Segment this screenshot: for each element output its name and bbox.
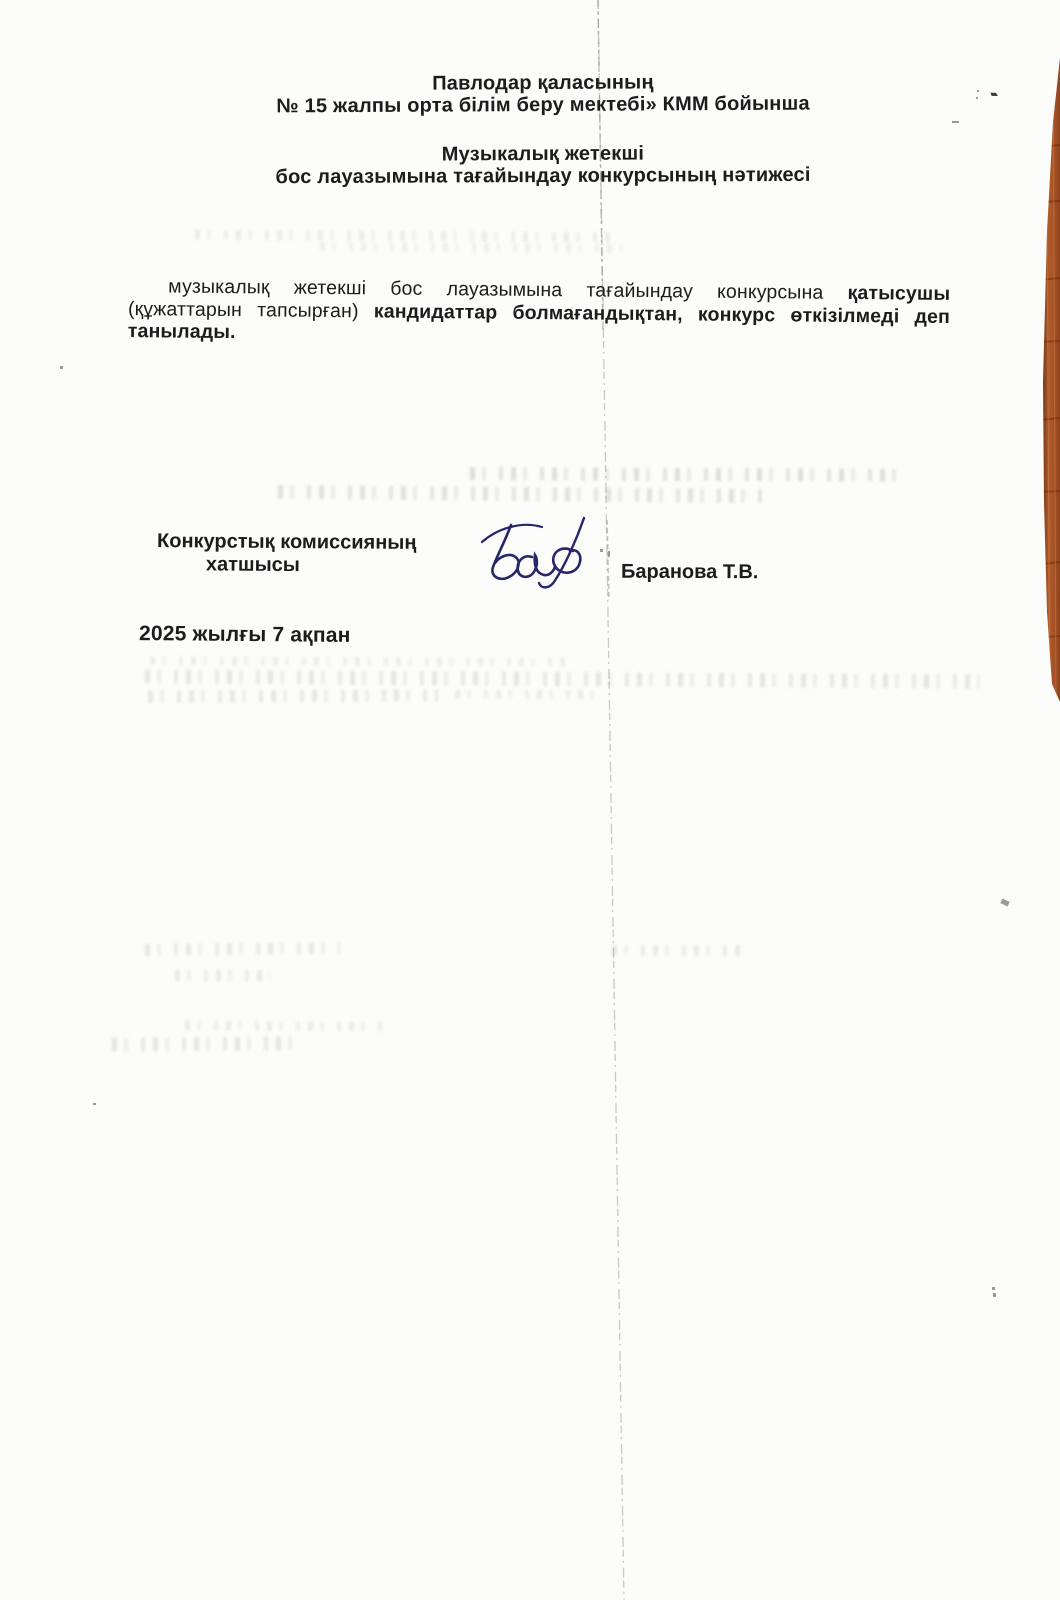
commission-line1: Конкурстық комиссияның [157, 530, 419, 555]
scan-artifact [145, 942, 340, 956]
scan-artifact [175, 970, 270, 981]
scan-artifact [470, 467, 900, 482]
document-header: Павлодар қаласының № 15 жалпы орта білім… [26, 69, 1060, 118]
ink-speck [952, 121, 959, 123]
scanned-document-page: Павлодар қаласының № 15 жалпы орта білім… [0, 0, 1060, 1600]
ink-speck [976, 97, 978, 99]
commission-line2: хатшысы [157, 553, 419, 578]
scan-artifact [185, 1020, 385, 1031]
body-paragraph: музыкалық жетекші бос лауазымына тағайын… [128, 275, 951, 350]
scan-artifact [148, 689, 438, 703]
ink-speck [1000, 899, 1009, 907]
scan-artifact [612, 945, 747, 957]
body-line2-text: (құжаттарын тапсырған) [128, 298, 359, 322]
body-line1-emphasis: қатысушы [847, 282, 950, 305]
document-date: 2025 жылғы 7 ақпан [139, 622, 351, 648]
handwritten-signature-icon [466, 506, 598, 598]
ink-speck [993, 1293, 996, 1297]
ink-speck [992, 1287, 995, 1290]
ink-speck [93, 1103, 96, 1105]
scan-artifact [195, 230, 615, 243]
scan-artifact [112, 1036, 292, 1051]
scan-artifact [278, 485, 768, 503]
ink-speck [600, 549, 603, 552]
ink-speck [608, 551, 610, 557]
signer-name: Баранова Т.В. [621, 561, 758, 584]
scan-artifact [455, 690, 595, 699]
scan-artifact [150, 656, 570, 666]
ink-speck [977, 90, 979, 92]
scan-artifact [145, 669, 980, 688]
scan-artifact [320, 242, 630, 253]
ink-speck [60, 366, 63, 369]
title-line2: бос лауазымына тағайындау конкурсының нә… [26, 163, 1060, 190]
document-title: Музыкалық жетекші бос лауазымына тағайын… [26, 141, 1060, 190]
org-name-line2: № 15 жалпы орта білім беру мектебі» КММ … [26, 91, 1060, 118]
commission-secretary-label: Конкурстық комиссияның хатшысы [157, 530, 419, 578]
